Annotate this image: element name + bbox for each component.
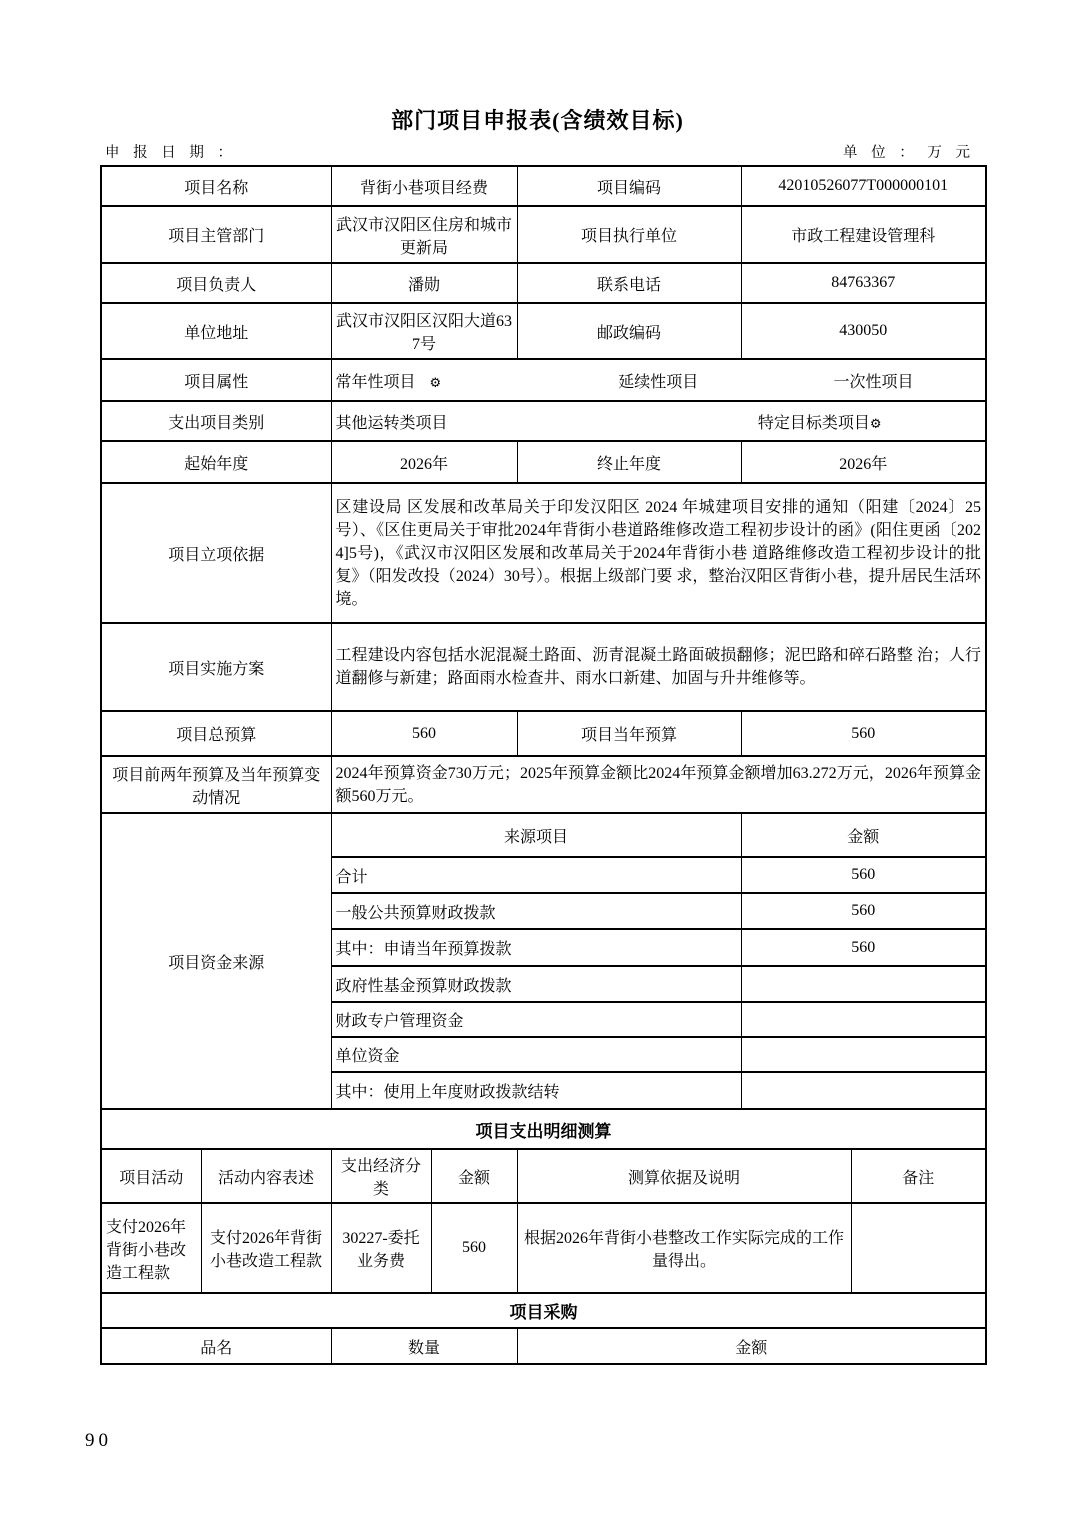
attribute-label: 项目属性 xyxy=(101,359,331,401)
expense-header-econ-class: 支出经济分类 xyxy=(331,1149,431,1203)
total-budget-value: 560 xyxy=(331,711,517,756)
funding-amount-header: 金额 xyxy=(741,813,986,857)
basis-text: 区建设局 区发展和改革局关于印发汉阳区 2024 年城建项目安排的通知（阳建〔2… xyxy=(331,483,986,623)
exec-unit-value: 市政工程建设管理科 xyxy=(741,206,986,263)
page-title: 部门项目申报表(含绩效目标) xyxy=(0,104,1075,135)
expense-cell-remark xyxy=(851,1203,986,1293)
exec-unit-label: 项目执行单位 xyxy=(517,206,741,263)
procurement-header-amount: 金额 xyxy=(517,1328,986,1364)
procurement-header-quantity: 数量 xyxy=(331,1328,517,1364)
category-option-other-operation: 其他运转类项目 xyxy=(336,410,659,433)
dept-value: 武汉市汉阳区住房和城市更新局 xyxy=(331,206,517,263)
phone-label: 联系电话 xyxy=(517,263,741,303)
current-budget-value: 560 xyxy=(741,711,986,756)
category-option-specific-goal: 特定目标类项目⚙ xyxy=(658,410,981,433)
funding-row-unit-fund-name: 单位资金 xyxy=(331,1037,741,1072)
funding-row-gov-fund-amount xyxy=(741,966,986,1002)
address-label: 单位地址 xyxy=(101,303,331,359)
table-row: 项目活动 活动内容表述 支出经济分类 金额 测算依据及说明 备注 xyxy=(101,1149,986,1203)
table-row: 项目负责人 潘勋 联系电话 84763367 xyxy=(101,263,986,303)
start-year-label: 起始年度 xyxy=(101,441,331,483)
table-row: 支出项目类别 其他运转类项目 特定目标类项目⚙ xyxy=(101,401,986,441)
table-row: 项目立项依据 区建设局 区发展和改革局关于印发汉阳区 2024 年城建项目安排的… xyxy=(101,483,986,623)
project-name-value: 背街小巷项目经费 xyxy=(331,166,517,206)
address-value: 武汉市汉阳区汉阳大道637号 xyxy=(331,303,517,359)
table-row: 项目属性 常年性项目⚙ 延续性项目 一次性项目 xyxy=(101,359,986,401)
project-name-label: 项目名称 xyxy=(101,166,331,206)
phone-value: 84763367 xyxy=(741,263,986,303)
gear-marker-icon: ⚙ xyxy=(870,417,882,432)
postcode-value: 430050 xyxy=(741,303,986,359)
postcode-label: 邮政编码 xyxy=(517,303,741,359)
gear-marker-icon: ⚙ xyxy=(430,376,442,391)
unit-label: 单 位 ： 万 元 xyxy=(843,141,975,162)
expense-cell-amount: 560 xyxy=(431,1203,517,1293)
table-row: 项目名称 背街小巷项目经费 项目编码 42010526077T000000101 xyxy=(101,166,986,206)
start-year-value: 2026年 xyxy=(331,441,517,483)
form-subheader: 申 报 日 期 ： 单 位 ： 万 元 xyxy=(105,141,975,162)
table-row: 项目前两年预算及当年预算变动情况 2024年预算资金730万元；2025年预算金… xyxy=(101,756,986,813)
funding-row-current-year-amount: 560 xyxy=(741,929,986,966)
funding-row-carryover-name: 其中：使用上年度财政拨款结转 xyxy=(331,1072,741,1109)
document-page: 部门项目申报表(含绩效目标) 申 报 日 期 ： 单 位 ： 万 元 项目名称 … xyxy=(0,0,1075,1520)
expense-cell-content: 支付2026年背街小巷改造工程款 xyxy=(201,1203,331,1293)
expense-header-content: 活动内容表述 xyxy=(201,1149,331,1203)
current-budget-label: 项目当年预算 xyxy=(517,711,741,756)
funding-row-fiscal-account-amount xyxy=(741,1002,986,1037)
table-row: 项目采购 xyxy=(101,1293,986,1328)
attribute-option-perennial: 常年性项目⚙ xyxy=(336,369,551,392)
table-row: 起始年度 2026年 终止年度 2026年 xyxy=(101,441,986,483)
funding-row-total-name: 合计 xyxy=(331,857,741,893)
total-budget-label: 项目总预算 xyxy=(101,711,331,756)
funding-row-total-amount: 560 xyxy=(741,857,986,893)
expense-cell-activity: 支付2026年背街小巷改造工程款 xyxy=(101,1203,201,1293)
plan-label: 项目实施方案 xyxy=(101,623,331,711)
table-row: 项目资金来源 来源项目 金额 xyxy=(101,813,986,857)
funding-row-public-budget-amount: 560 xyxy=(741,893,986,929)
funding-row-public-budget-name: 一般公共预算财政拨款 xyxy=(331,893,741,929)
attribute-option-onetime: 一次性项目 xyxy=(766,369,981,392)
category-label: 支出项目类别 xyxy=(101,401,331,441)
budget-history-label: 项目前两年预算及当年预算变动情况 xyxy=(101,756,331,813)
attribute-options: 常年性项目⚙ 延续性项目 一次性项目 xyxy=(331,359,986,401)
funding-row-fiscal-account-name: 财政专户管理资金 xyxy=(331,1002,741,1037)
table-row: 支付2026年背街小巷改造工程款 支付2026年背街小巷改造工程款 30227-… xyxy=(101,1203,986,1293)
funding-label: 项目资金来源 xyxy=(101,813,331,1109)
table-row: 项目总预算 560 项目当年预算 560 xyxy=(101,711,986,756)
table-row: 品名 数量 金额 xyxy=(101,1328,986,1364)
attribute-option-continuing: 延续性项目 xyxy=(551,369,766,392)
expense-header-activity: 项目活动 xyxy=(101,1149,201,1203)
table-row: 项目实施方案 工程建设内容包括水泥混凝土路面、沥青混凝土路面破损翻修；泥巴路和碎… xyxy=(101,623,986,711)
procurement-section-title: 项目采购 xyxy=(101,1293,986,1328)
category-options: 其他运转类项目 特定目标类项目⚙ xyxy=(331,401,986,441)
declare-date-label: 申 报 日 期 ： xyxy=(105,141,237,162)
project-code-label: 项目编码 xyxy=(517,166,741,206)
project-application-table: 项目名称 背街小巷项目经费 项目编码 42010526077T000000101… xyxy=(100,165,987,1365)
manager-label: 项目负责人 xyxy=(101,263,331,303)
manager-value: 潘勋 xyxy=(331,263,517,303)
table-row: 单位地址 武汉市汉阳区汉阳大道637号 邮政编码 430050 xyxy=(101,303,986,359)
funding-row-current-year-name: 其中：申请当年预算拨款 xyxy=(331,929,741,966)
budget-history-text: 2024年预算资金730万元；2025年预算金额比2024年预算金额增加63.2… xyxy=(331,756,986,813)
procurement-header-name: 品名 xyxy=(101,1328,331,1364)
table-row: 项目主管部门 武汉市汉阳区住房和城市更新局 项目执行单位 市政工程建设管理科 xyxy=(101,206,986,263)
expense-cell-econ-class: 30227-委托业务费 xyxy=(331,1203,431,1293)
expense-header-remark: 备注 xyxy=(851,1149,986,1203)
funding-source-header: 来源项目 xyxy=(331,813,741,857)
funding-row-unit-fund-amount xyxy=(741,1037,986,1072)
expense-header-basis: 测算依据及说明 xyxy=(517,1149,851,1203)
table-row: 项目支出明细测算 xyxy=(101,1109,986,1149)
dept-label: 项目主管部门 xyxy=(101,206,331,263)
expense-cell-basis: 根据2026年背街小巷整改工作实际完成的工作量得出。 xyxy=(517,1203,851,1293)
funding-row-carryover-amount xyxy=(741,1072,986,1109)
page-number: 90 xyxy=(85,1430,112,1452)
plan-text: 工程建设内容包括水泥混凝土路面、沥青混凝土路面破损翻修；泥巴路和碎石路整 治；人… xyxy=(331,623,986,711)
expense-section-title: 项目支出明细测算 xyxy=(101,1109,986,1149)
expense-header-amount: 金额 xyxy=(431,1149,517,1203)
funding-row-gov-fund-name: 政府性基金预算财政拨款 xyxy=(331,966,741,1002)
end-year-label: 终止年度 xyxy=(517,441,741,483)
basis-label: 项目立项依据 xyxy=(101,483,331,623)
end-year-value: 2026年 xyxy=(741,441,986,483)
project-code-value: 42010526077T000000101 xyxy=(741,166,986,206)
